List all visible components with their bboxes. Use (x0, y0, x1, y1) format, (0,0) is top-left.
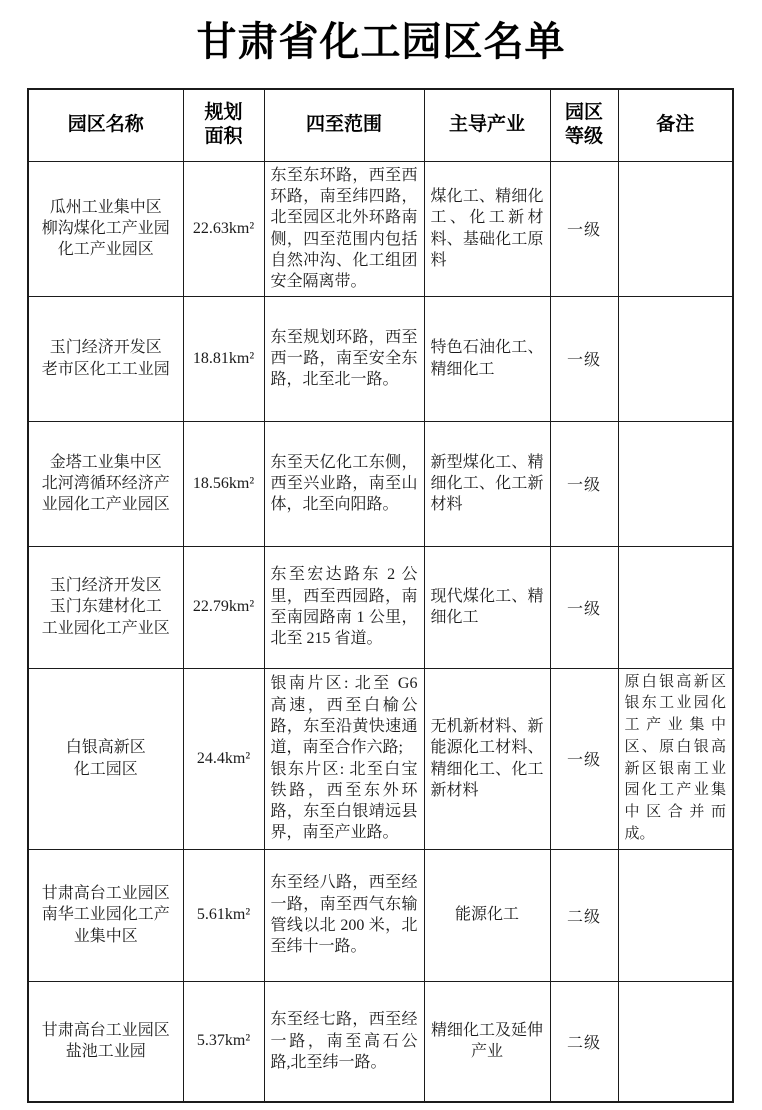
leading-industries: 无机新材料、新能源化工材料、精细化工、化工新材料 (424, 668, 550, 849)
leading-industries: 精细化工及延伸产业 (424, 981, 550, 1102)
header-park-level: 园区 等级 (550, 89, 618, 161)
park-level: 一级 (550, 296, 618, 421)
boundary-range: 东至经八路，西至经一路，南至西气东输管线以北 200 米，北至纬十一路。 (264, 849, 424, 981)
chemical-park-table: 园区名称 规划 面积 四至范围 主导产业 园区 等级 备注 瓜州工业集中区 柳沟… (27, 88, 734, 1103)
table-row: 瓜州工业集中区 柳沟煤化工产业园 化工产业园区 22.63km² 东至东环路，西… (28, 161, 733, 296)
leading-industries: 特色石油化工、精细化工 (424, 296, 550, 421)
leading-industries: 现代煤化工、精细化工 (424, 546, 550, 668)
header-remark: 备注 (618, 89, 733, 161)
park-name: 白银高新区 化工园区 (28, 668, 183, 849)
boundary-range: 东至天亿化工东侧，西至兴业路，南至山体，北至向阳路。 (264, 421, 424, 546)
boundary-range: 东至规划环路，西至西一路，南至安全东路，北至北一路。 (264, 296, 424, 421)
planned-area: 22.63km² (183, 161, 264, 296)
leading-industries: 能源化工 (424, 849, 550, 981)
document-page: 甘肃省化工园区名单 园区名称 规划 面积 四至范围 主导产业 园区 等级 备注 … (0, 0, 762, 1110)
boundary-range: 东至经七路，西至经一路，南至高石公路,北至纬一路。 (264, 981, 424, 1102)
park-name: 玉门经济开发区 玉门东建材化工 工业园化工产业区 (28, 546, 183, 668)
planned-area: 5.37km² (183, 981, 264, 1102)
table-row: 金塔工业集中区 北河湾循环经济产 业园化工产业园区 18.56km² 东至天亿化… (28, 421, 733, 546)
header-boundary-range: 四至范围 (264, 89, 424, 161)
header-park-name: 园区名称 (28, 89, 183, 161)
leading-industries: 新型煤化工、精细化工、化工新材料 (424, 421, 550, 546)
park-level: 二级 (550, 849, 618, 981)
park-level: 二级 (550, 981, 618, 1102)
boundary-range: 东至宏达路东 2 公里，西至西园路，南至南园路南 1 公里，北至 215 省道。 (264, 546, 424, 668)
boundary-range: 银南片区: 北至 G6 高速，西至白榆公路，东至沿黄快速通道，南至合作六路; 银… (264, 668, 424, 849)
planned-area: 5.61km² (183, 849, 264, 981)
remark: 原白银高新区银东工业园化工产业集中区、原白银高新区银南工业园化工产业集中区合并而… (618, 668, 733, 849)
table-row: 白银高新区 化工园区 24.4km² 银南片区: 北至 G6 高速，西至白榆公路… (28, 668, 733, 849)
table-row: 玉门经济开发区 老市区化工工业园 18.81km² 东至规划环路，西至西一路，南… (28, 296, 733, 421)
table-row: 甘肃高台工业园区 盐池工业园 5.37km² 东至经七路，西至经一路，南至高石公… (28, 981, 733, 1102)
park-level: 一级 (550, 668, 618, 849)
planned-area: 18.56km² (183, 421, 264, 546)
planned-area: 22.79km² (183, 546, 264, 668)
planned-area: 24.4km² (183, 668, 264, 849)
leading-industries: 煤化工、精细化工、化工新材料、基础化工原料 (424, 161, 550, 296)
table-row: 玉门经济开发区 玉门东建材化工 工业园化工产业区 22.79km² 东至宏达路东… (28, 546, 733, 668)
remark (618, 421, 733, 546)
park-level: 一级 (550, 161, 618, 296)
park-level: 一级 (550, 546, 618, 668)
planned-area: 18.81km² (183, 296, 264, 421)
table-row: 甘肃高台工业园区 南华工业园化工产 业集中区 5.61km² 东至经八路，西至经… (28, 849, 733, 981)
park-name: 瓜州工业集中区 柳沟煤化工产业园 化工产业园区 (28, 161, 183, 296)
park-name: 甘肃高台工业园区 南华工业园化工产 业集中区 (28, 849, 183, 981)
park-name: 金塔工业集中区 北河湾循环经济产 业园化工产业园区 (28, 421, 183, 546)
park-level: 一级 (550, 421, 618, 546)
page-title: 甘肃省化工园区名单 (0, 10, 762, 67)
remark (618, 981, 733, 1102)
park-name: 甘肃高台工业园区 盐池工业园 (28, 981, 183, 1102)
header-leading-industries: 主导产业 (424, 89, 550, 161)
remark (618, 296, 733, 421)
remark (618, 849, 733, 981)
remark (618, 546, 733, 668)
park-name: 玉门经济开发区 老市区化工工业园 (28, 296, 183, 421)
boundary-range: 东至东环路，西至西环路，南至纬四路，北至园区北外环路南侧，四至范围内包括自然冲沟… (264, 161, 424, 296)
remark (618, 161, 733, 296)
header-planned-area: 规划 面积 (183, 89, 264, 161)
table-header-row: 园区名称 规划 面积 四至范围 主导产业 园区 等级 备注 (28, 89, 733, 161)
